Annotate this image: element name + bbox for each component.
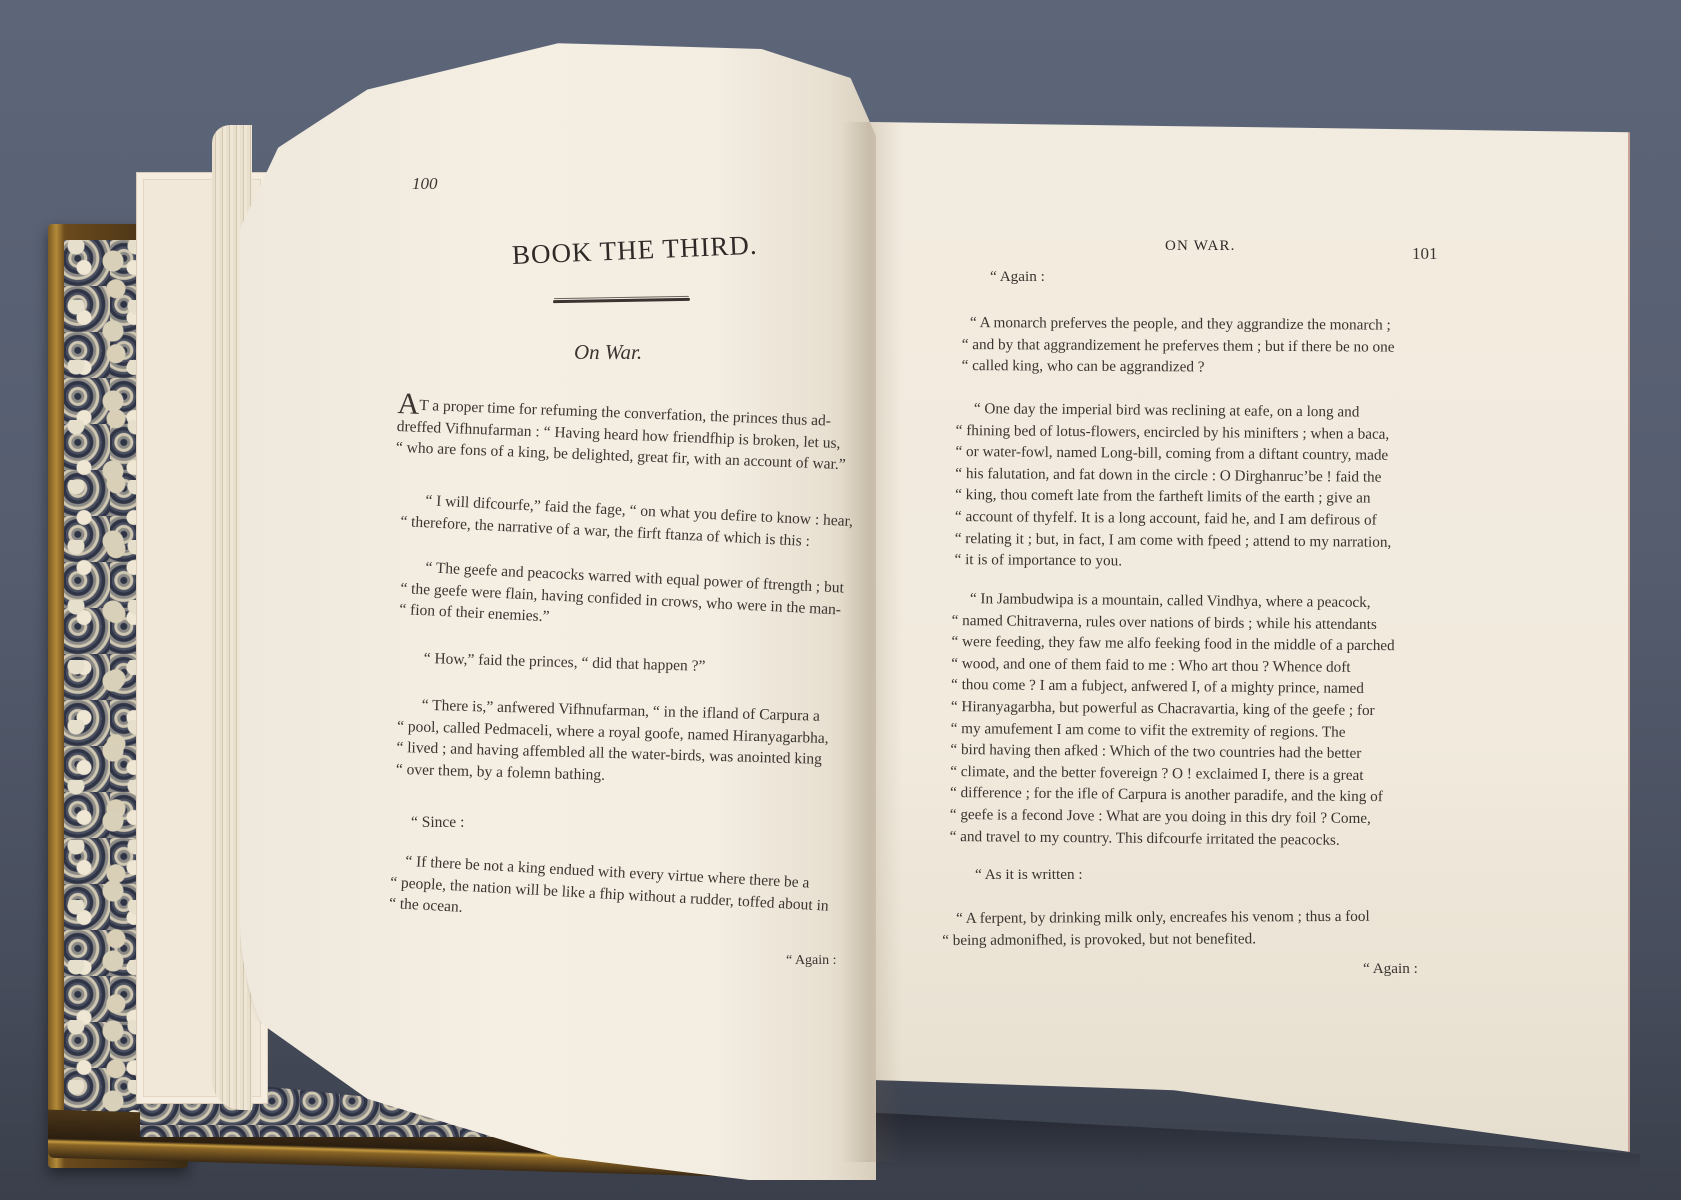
- text-line: “ A monarch preferves the people, and th…: [962, 312, 1395, 336]
- left-catchword: “ Again :: [786, 950, 837, 972]
- running-head: ON WAR.: [1165, 238, 1236, 255]
- text-line: “ A ferpent, by drinking milk only, encr…: [942, 906, 1370, 930]
- gutter-shadow: [842, 122, 902, 1162]
- text-line: “ and travel to my country. This difcour…: [950, 826, 1393, 852]
- text-line: “ it is of importance to you.: [954, 549, 1391, 574]
- right-paragraph-2: “ A monarch preferves the people, and th…: [962, 312, 1395, 379]
- right-paragraph-5: “ As it is written :: [975, 864, 1083, 886]
- right-paragraph-1: “ Again :: [990, 266, 1045, 288]
- right-page-number: 101: [1412, 244, 1438, 264]
- text-line: “ called king, who can be aggrandized ?: [962, 355, 1395, 379]
- left-paragraph-6: “ Since :: [411, 812, 464, 834]
- right-paragraph-3: “ One day the imperial bird was reclinin…: [954, 398, 1392, 575]
- right-paragraph-4: “ In Jambudwipa is a mountain, called Vi…: [950, 588, 1396, 851]
- left-page-number: 100: [412, 174, 438, 194]
- chapter-subtitle: On War.: [574, 340, 642, 365]
- text-line: “ Again :: [990, 266, 1045, 288]
- right-paragraph-6: “ A ferpent, by drinking milk only, encr…: [942, 906, 1370, 951]
- text-line: “ As it is written :: [975, 864, 1083, 886]
- right-catchword: “ Again :: [1363, 958, 1418, 980]
- text-line: “ being admonifhed, is provoked, but not…: [942, 927, 1370, 951]
- text-line: “ Since :: [411, 812, 464, 834]
- left-paragraph-5: “ There is,” anfwered Vifhnufarman, “ in…: [396, 694, 830, 792]
- text-line: “ account of thyfelf. It is a long accou…: [955, 506, 1392, 531]
- text-line: “ and by that aggrandizement he preferve…: [962, 334, 1395, 358]
